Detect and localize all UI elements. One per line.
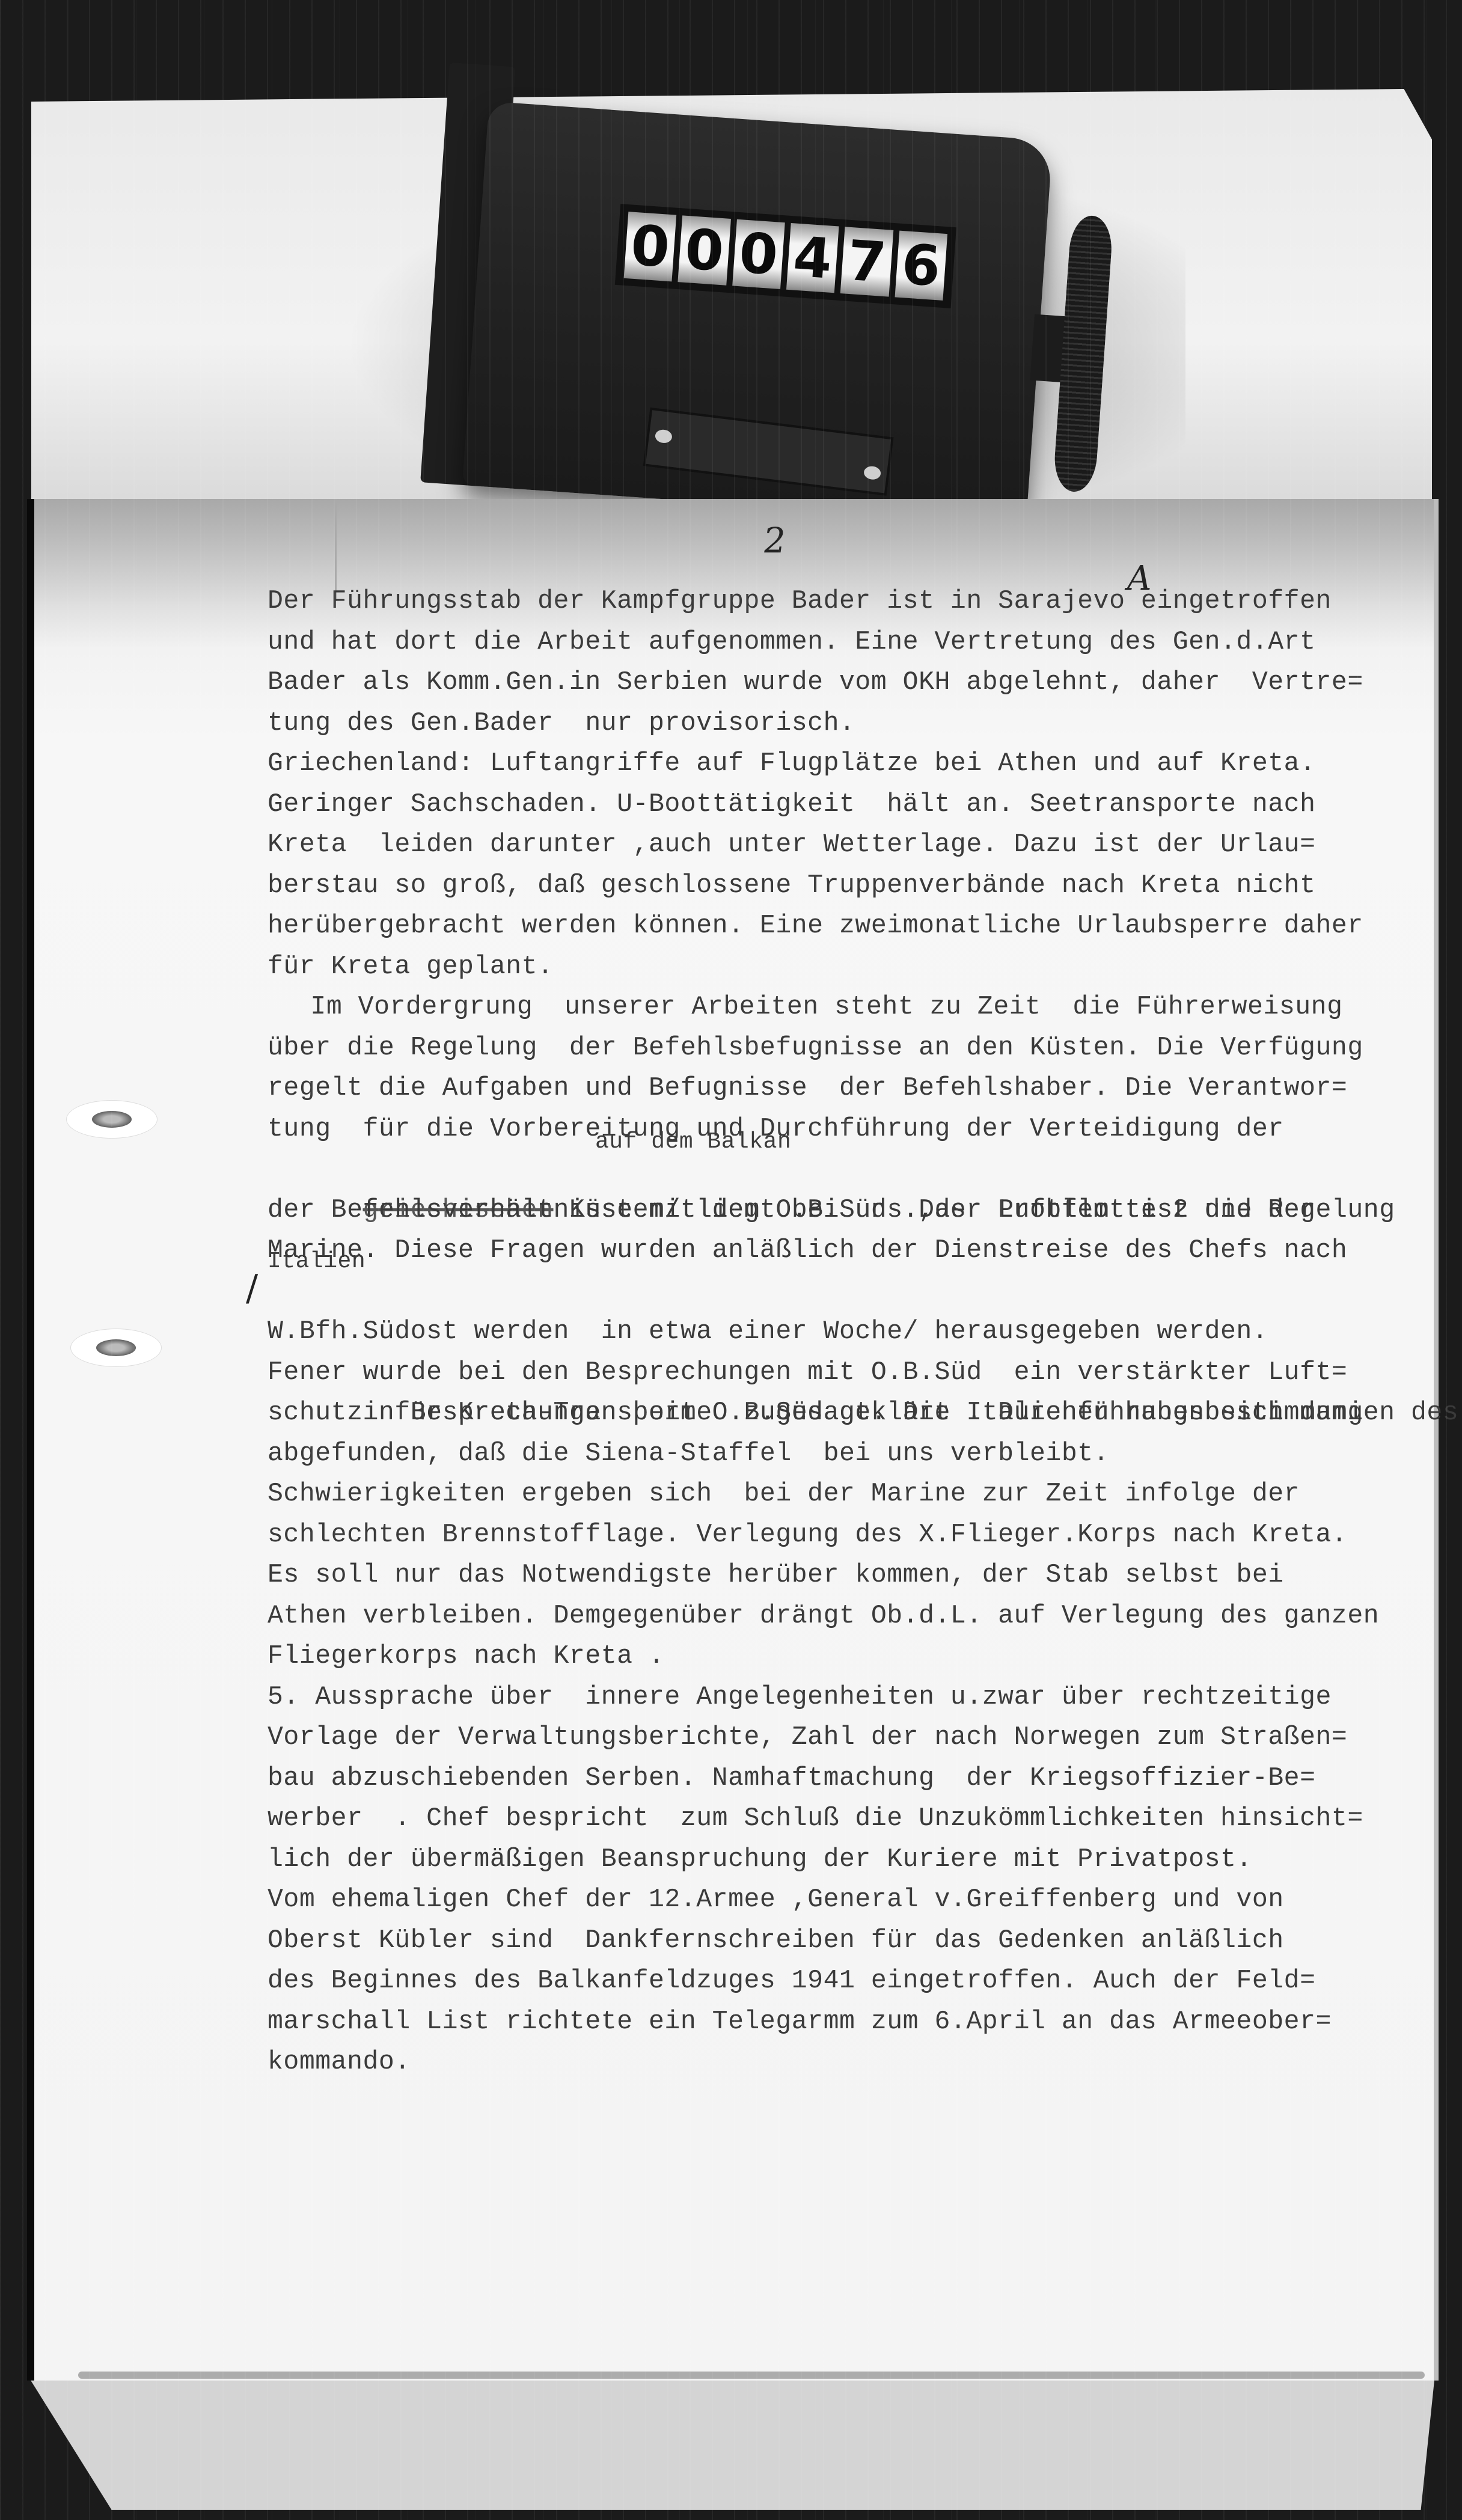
text-line: schutz für Kreta-Transporte zugesagt. Di…	[268, 1392, 1440, 1433]
counter-digit: 0	[624, 212, 677, 281]
text-line: Oberst Kübler sind Dankfernschreiben für…	[268, 1920, 1440, 1961]
counter-digit: 0	[732, 219, 785, 289]
frame-counter-device: 0 0 0 4 7 6	[444, 100, 1149, 531]
text-line: tung für die Vorbereitung und Durchführu…	[268, 1109, 1440, 1149]
text-line: Athen verbleiben. Demgegenüber drängt Ob…	[268, 1595, 1440, 1636]
text-line: Vorlage der Verwaltungsberichte, Zahl de…	[268, 1717, 1440, 1758]
text-line: Schwierigkeiten ergeben sich bei der Mar…	[268, 1473, 1440, 1514]
text-line: regelt die Aufgaben und Befugnisse der B…	[268, 1068, 1440, 1109]
typed-document-page: 2 A Der Führungsstab der Kampfgruppe Bad…	[27, 499, 1435, 2381]
text-line: Griechenland: Luftangriffe auf Flugplätz…	[268, 743, 1440, 784]
counter-nameplate	[643, 408, 894, 496]
text-line: über die Regelung der Befehlsbefugnisse …	[268, 1027, 1440, 1068]
text-line: berstau so groß, daß geschlossene Truppe…	[268, 865, 1440, 906]
text-line: bau abzuschiebenden Serben. Namhaftmachu…	[268, 1758, 1440, 1799]
text-line: Italien / in Besprechungen beim O.B.Süd …	[268, 1271, 1440, 1312]
text-line: marschall List richtete ein Telegarmm zu…	[268, 2001, 1440, 2042]
text-line: 5. Aussprache über innere Angelegenheite…	[268, 1677, 1440, 1717]
fold-crease	[78, 2372, 1425, 2379]
text-line: für Kreta geplant.	[268, 946, 1440, 987]
text-line: der Befehlsverhältnisse mit dem O.B.Süd …	[268, 1190, 1440, 1231]
text-line: Der Führungsstab der Kampfgruppe Bader i…	[268, 581, 1440, 622]
counter-digit: 4	[786, 223, 839, 293]
text-line: Geringer Sachschaden. U-Boottätigkeit hä…	[268, 784, 1440, 825]
page-left-edge	[27, 499, 34, 2381]
interlinear-insertion: Italien	[268, 1250, 365, 1273]
text-line: schlechten Brennstofflage. Verlegung des…	[268, 1514, 1440, 1555]
text-line: Marine. Diese Fragen wurden anläßlich de…	[268, 1230, 1440, 1271]
text-line: des Beginnes des Balkanfeldzuges 1941 ei…	[268, 1960, 1440, 2001]
text-line: Es soll nur das Notwendigste herüber kom…	[268, 1555, 1440, 1595]
text-line: Bader als Komm.Gen.in Serbien wurde vom …	[268, 662, 1440, 703]
text-line: Kreta leiden darunter ,auch unter Wetter…	[268, 824, 1440, 865]
text-line: W.Bfh.Südost werden in etwa einer Woche/…	[268, 1311, 1440, 1352]
counter-display: 0 0 0 4 7 6	[615, 204, 956, 308]
text-line: Vom ehemaligen Chef der 12.Armee ,Genera…	[268, 1879, 1440, 1920]
text-line: Fener wurde bei den Besprechungen mit O.…	[268, 1352, 1440, 1393]
text-line: auf dem Balkangriechischen Küsten/ liegt…	[268, 1149, 1440, 1190]
counter-digit: 6	[895, 231, 947, 301]
counter-digit: 0	[678, 215, 731, 285]
interlinear-insertion: auf dem Balkan	[595, 1131, 791, 1154]
text-line: tung des Gen.Bader nur provisorisch.	[268, 703, 1440, 744]
counter-body: 0 0 0 4 7 6	[462, 101, 1053, 524]
counter-reset-knob-icon	[1053, 215, 1114, 494]
text-line: Im Vordergrung unserer Arbeiten steht zu…	[268, 986, 1440, 1027]
text-line: und hat dort die Arbeit aufgenommen. Ein…	[268, 622, 1440, 662]
counter-digit: 7	[840, 227, 893, 296]
text-line: Fliegerkorps nach Kreta .	[268, 1636, 1440, 1677]
text-line: werber . Chef bespricht zum Schluß die U…	[268, 1798, 1440, 1839]
text-line: lich der übermäßigen Beanspruchung der K…	[268, 1839, 1440, 1880]
typed-text-body: Der Führungsstab der Kampfgruppe Bader i…	[268, 581, 1440, 2082]
page-bottom-fold	[27, 2375, 1435, 2510]
punch-hole-icon	[70, 1329, 162, 1367]
margin-slash-mark: /	[246, 1268, 258, 1309]
text-line: abgefunden, daß die Siena-Staffel bei un…	[268, 1433, 1440, 1474]
punch-hole-icon	[66, 1100, 158, 1139]
text-line: herübergebracht werden können. Eine zwei…	[268, 905, 1440, 946]
text-line: kommando.	[268, 2041, 1440, 2082]
